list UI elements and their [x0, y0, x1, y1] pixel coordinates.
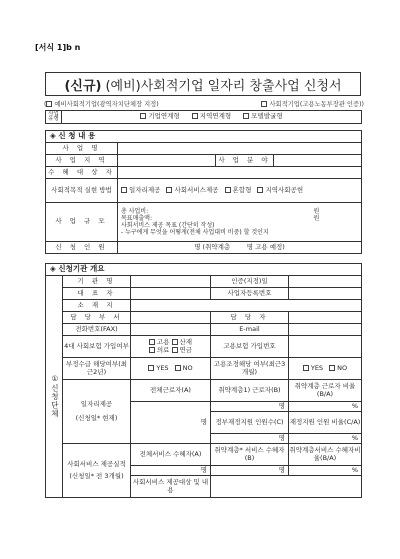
- checkbox[interactable]: [149, 339, 155, 345]
- gov-ratio-field[interactable]: %: [289, 434, 362, 444]
- checkbox[interactable]: [257, 187, 263, 193]
- total-workers-label: 전체근로자(A): [131, 380, 211, 402]
- fraud-yes[interactable]: YES: [148, 364, 168, 372]
- applicants-label: 신 청 인 원: [46, 242, 118, 254]
- social-purpose-label: 사회적목적 실현 방법: [46, 179, 118, 203]
- address-field[interactable]: [131, 300, 362, 312]
- adjust-options: YES NO: [289, 358, 362, 380]
- insurance-label: 4대 사회보험 가입여부: [63, 336, 131, 358]
- option-health-ins[interactable]: 의료: [149, 346, 170, 354]
- business-type-label: 사업 유형: [46, 111, 62, 124]
- organization-table: ◈ 신청기관 개요 ①신청단체 기 관 명 인증(지정)일 대 표 자 사업자등…: [45, 263, 362, 498]
- checkbox[interactable]: [46, 101, 52, 107]
- phone-label: 전화번호(FAX): [63, 324, 131, 336]
- form-code: [서식 1]b n: [35, 42, 80, 53]
- target-content-field[interactable]: [211, 476, 362, 498]
- services-sub-label: (신청일* 전 3개월): [63, 473, 130, 480]
- total-workers-field[interactable]: 명: [131, 402, 211, 444]
- email-label: E-mail: [211, 324, 289, 336]
- business-name-field[interactable]: [118, 143, 362, 155]
- cert-date-label: 인증(지정)일: [211, 276, 289, 288]
- applicant-side-label: ①신청단체: [50, 374, 59, 418]
- checkbox[interactable]: [225, 187, 231, 193]
- email-field[interactable]: [289, 324, 362, 336]
- option-mixed[interactable]: 혼합형: [225, 186, 252, 194]
- business-name-label: 사 업 명: [46, 143, 118, 155]
- option-pre-social-enterprise: (예비사회적기업(광역자치단체장 지정): [44, 99, 159, 108]
- gov-ratio-label: 재정지원 인원 비율(C/A): [289, 412, 362, 434]
- checkbox[interactable]: [192, 113, 198, 119]
- services-label-cell: 사회서비스 제공실적 (신청일* 전 3개월): [63, 444, 131, 498]
- gov-support-field[interactable]: 명: [211, 434, 289, 444]
- option-social-enterprise: 사회적기업(고용노동부장관 인증)): [261, 99, 364, 108]
- manager-label: 담 당 자: [211, 312, 289, 324]
- phone-field[interactable]: [131, 324, 211, 336]
- applicant-side-band: ①신청단체: [46, 276, 63, 498]
- total-recipients-field[interactable]: 명: [131, 466, 211, 476]
- biz-reg-field[interactable]: [289, 288, 362, 300]
- total-budget-line: 총 사업비:원: [121, 208, 361, 215]
- jobs-label-cell: 일자리제공 (신청일* 현재): [63, 380, 131, 444]
- checkbox[interactable]: [329, 365, 335, 371]
- org-name-label: 기 관 명: [63, 276, 131, 288]
- section-title-application: ◈ 신 청 내 용: [46, 131, 362, 143]
- representative-field[interactable]: [131, 288, 211, 300]
- department-field[interactable]: [131, 312, 211, 324]
- services-label: 사회서비스 제공실적: [63, 461, 130, 468]
- vulnerable-recipients-field[interactable]: 명: [211, 466, 289, 476]
- title-prefix: (신규): [64, 75, 101, 94]
- vulnerable-ratio-field[interactable]: %: [289, 402, 362, 412]
- address-label: 소 재 지: [63, 300, 131, 312]
- business-region-field[interactable]: [118, 155, 216, 167]
- option-model-discovery[interactable]: 모델발굴형: [243, 112, 282, 120]
- vulnerable-workers-field[interactable]: 명: [211, 402, 289, 412]
- cert-date-field[interactable]: [289, 276, 362, 288]
- total-recipients-label: 전체서비스 수혜자(A): [131, 444, 211, 466]
- section-title-organization: ◈ 신청기관 개요: [46, 264, 362, 276]
- insurance-options: 고용 산재 의료 연금: [131, 336, 211, 358]
- checkbox[interactable]: [172, 339, 178, 345]
- option-social-services[interactable]: 사회서비스제공: [166, 186, 218, 194]
- fraud-label: 부정수급 해당여부(최근2년): [63, 358, 131, 380]
- checkbox[interactable]: [140, 113, 146, 119]
- option-region-linked[interactable]: 지역연계형: [192, 112, 231, 120]
- option-jobs[interactable]: 일자리제공: [121, 186, 160, 194]
- business-field-label: 사 업 분 야: [216, 155, 274, 167]
- scale-field[interactable]: 총 사업비:원 목표매출액:원 사회서비스 제공 목표 (간단히 작성) - 누…: [118, 203, 362, 242]
- jobs-label: 일자리제공: [63, 401, 130, 408]
- jobs-sub-label: (신청일* 현재): [63, 415, 130, 422]
- enterprise-type-options: (예비사회적기업(광역자치단체장 지정) 사회적기업(고용노동부장관 인증)): [44, 99, 364, 108]
- checkbox[interactable]: [303, 365, 309, 371]
- checkbox[interactable]: [261, 101, 267, 107]
- business-region-label: 사 업 지 역: [46, 155, 118, 167]
- sales-target-line: 목표매출액:원: [121, 215, 361, 222]
- emp-ins-no-field[interactable]: [289, 336, 362, 358]
- option-community[interactable]: 지역사회공헌: [257, 186, 303, 194]
- fraud-no[interactable]: NO: [175, 364, 193, 372]
- adjust-no[interactable]: NO: [329, 364, 347, 372]
- checkbox[interactable]: [243, 113, 249, 119]
- business-type-table: 사업 유형 기업연계형 지역연계형 모델발굴형: [45, 110, 362, 124]
- option-pension-ins[interactable]: 연금: [172, 346, 193, 354]
- biz-reg-label: 사업자등록번호: [211, 288, 289, 300]
- beneficiary-label: 수 혜 대 상 자: [46, 167, 118, 179]
- adjust-yes[interactable]: YES: [303, 364, 323, 372]
- adjust-label: 고용조정해당 여부(최근3개월): [211, 358, 289, 380]
- gov-support-label: 정부재정지원 인원수(C): [211, 412, 289, 434]
- vulnerable-workers-label: 취약계층1) 근로자(B): [211, 380, 289, 402]
- scale-label: 사 업 규 모: [46, 203, 118, 242]
- page-title: (신규) (예비)사회적기업 일자리 창출사업 신청서: [45, 72, 361, 96]
- business-type-options: 기업연계형 지역연계형 모델발굴형: [62, 111, 362, 124]
- department-label: 담 당 부 서: [63, 312, 131, 324]
- emp-ins-no-label: 고용보험 가입번호: [211, 336, 289, 358]
- vulnerable-recipients-label: 취약계층* 서비스 수혜자(B): [211, 444, 289, 466]
- option-corporate-linked[interactable]: 기업연계형: [140, 112, 179, 120]
- beneficiary-field[interactable]: [118, 167, 362, 179]
- service-goal-detail-line: - 누구에게 무엇을 어떻게(전체 사업대비 비중) 할 것인지: [121, 229, 361, 236]
- social-purpose-options: 일자리제공 사회서비스제공 혼합형 지역사회공헌: [118, 179, 362, 203]
- application-table: ◈ 신 청 내 용 사 업 명 사 업 지 역 사 업 분 야 수 혜 대 상 …: [45, 130, 362, 254]
- recipient-ratio-label: 취약계층서비스 수혜자비율(B/A): [289, 444, 362, 466]
- checkbox[interactable]: [166, 187, 172, 193]
- checkbox[interactable]: [175, 365, 181, 371]
- title-main: (예비)사회적기업 일자리 창출사업 신청서: [105, 75, 341, 94]
- checkbox[interactable]: [148, 365, 154, 371]
- checkbox[interactable]: [149, 347, 155, 353]
- fraud-options: YES NO: [131, 358, 211, 380]
- org-name-field[interactable]: [131, 276, 211, 288]
- recipient-ratio-field[interactable]: %: [289, 466, 362, 476]
- checkbox[interactable]: [121, 187, 127, 193]
- manager-field[interactable]: [289, 312, 362, 324]
- checkbox[interactable]: [172, 347, 178, 353]
- vulnerable-ratio-label: 취약계층 근로자 비율(B/A): [289, 380, 362, 402]
- applicants-field[interactable]: 명 (취약계층 명 고용 예정): [118, 242, 362, 254]
- representative-label: 대 표 자: [63, 288, 131, 300]
- business-field-field[interactable]: [274, 155, 362, 167]
- target-content-label: 사회서비스 제공대상 및 내용: [131, 476, 211, 498]
